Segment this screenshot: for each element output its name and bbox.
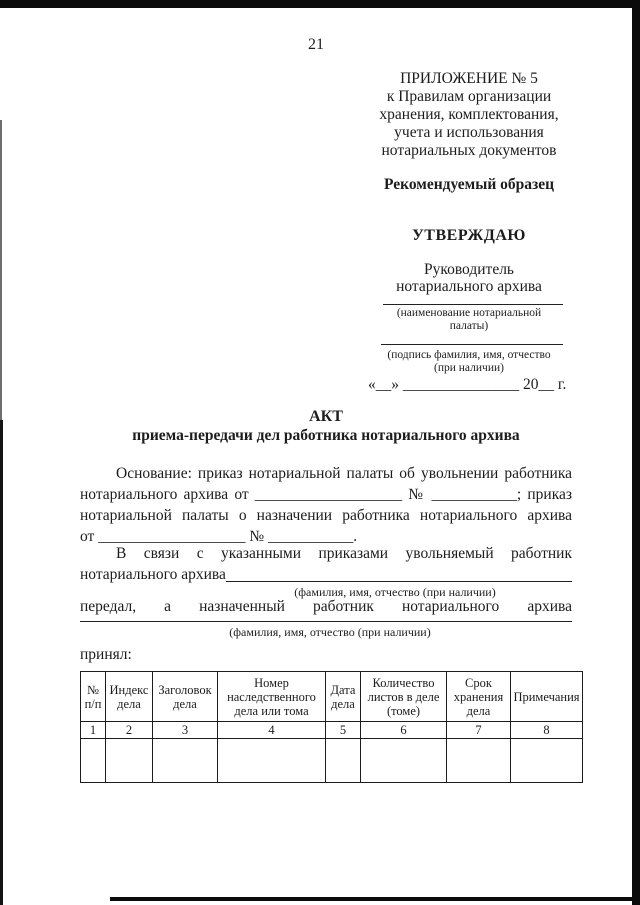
approver-title-line-2: нотариального архива (356, 278, 582, 295)
appendix-line-1: ПРИЛОЖЕНИЕ № 5 (356, 70, 582, 88)
received-label: принял: (80, 645, 572, 665)
page-number: 21 (0, 36, 632, 54)
cases-table: № п/п Индекс дела Заголовок дела Номер н… (80, 671, 583, 783)
paragraph1-line-2: нотариального архива от ________________… (80, 485, 572, 505)
act-title: АКТ (80, 408, 572, 426)
appendix-block: ПРИЛОЖЕНИЕ № 5 к Правилам организации хр… (356, 70, 582, 160)
number-cell: 4 (218, 722, 326, 739)
number-cell: 7 (447, 722, 511, 739)
appendix-line-5: нотариальных документов (356, 142, 582, 160)
empty-cell (326, 739, 361, 783)
approver-title: Руководитель нотариального архива (356, 261, 582, 295)
recommended-sample-label: Рекомендуемый образец (356, 176, 582, 194)
empty-cell (361, 739, 447, 783)
sign-caption: (подпись фамилия, имя, отчество (при нал… (360, 349, 578, 375)
header-cell-sheets: Количество листов в деле (томе) (361, 672, 447, 722)
table-number-row: 1 2 3 4 5 6 7 8 (81, 722, 583, 739)
org-caption: (наименование нотариальной палаты) (368, 307, 570, 333)
header-cell-number: Номер наследственного дела или тома (218, 672, 326, 722)
table-header-row: № п/п Индекс дела Заголовок дела Номер н… (81, 672, 583, 722)
empty-cell (218, 739, 326, 783)
paragraph2-line-2: нотариального архива (80, 565, 572, 585)
header-cell-notes: Примечания (511, 672, 583, 722)
header-cell-date: Дата дела (326, 672, 361, 722)
org-caption-line-1: (наименование нотариальной (368, 307, 570, 320)
scan-edge-top (0, 0, 640, 8)
paragraph1-line-3: нотариальной палаты о назначении работни… (80, 506, 572, 526)
scan-edge-left-thin (0, 120, 2, 420)
header-cell-title: Заголовок дела (153, 672, 218, 722)
transfer-line-label: нотариального архива (80, 565, 226, 585)
paragraph3-line: передал, а назначенный работник нотариал… (80, 597, 572, 617)
number-cell: 6 (361, 722, 447, 739)
number-cell: 3 (153, 722, 218, 739)
sign-caption-line-2: (при наличии) (360, 362, 578, 375)
fio-caption-2: (фамилия, имя, отчество (при наличии) (200, 626, 460, 639)
scan-edge-right (632, 0, 640, 905)
empty-cell (81, 739, 106, 783)
number-cell: 5 (326, 722, 361, 739)
number-cell: 1 (81, 722, 106, 739)
approve-label: УТВЕРЖДАЮ (356, 227, 582, 245)
header-cell-index: Индекс дела (106, 672, 153, 722)
appendix-line-4: учета и использования (356, 124, 582, 142)
appendix-line-3: хранения, комплектования, (356, 106, 582, 124)
number-cell: 2 (106, 722, 153, 739)
empty-cell (106, 739, 153, 783)
paragraph2-line-1: В связи с указанными приказами увольняем… (80, 544, 572, 564)
act-subtitle: приема-передачи дел работника нотариальн… (80, 427, 572, 445)
scanned-document-page: 21 ПРИЛОЖЕНИЕ № 5 к Правилам организации… (0, 0, 640, 905)
empty-cell (511, 739, 583, 783)
table-empty-row (81, 739, 583, 783)
appendix-line-2: к Правилам организации (356, 88, 582, 106)
approver-title-line-1: Руководитель (356, 261, 582, 278)
date-blank-line: «__» _______________ 20__ г. (368, 376, 566, 394)
header-cell-storage: Срок хранения дела (447, 672, 511, 722)
transfer-blank-line (226, 565, 572, 582)
scan-edge-bottom (110, 897, 640, 901)
empty-cell (153, 739, 218, 783)
scan-edge-left-thick (0, 420, 3, 905)
paragraph1-line-1: Основание: приказ нотариальной палаты об… (80, 464, 572, 484)
org-signature-line (383, 304, 563, 305)
org-caption-line-2: палаты) (368, 320, 570, 333)
sign-caption-line-1: (подпись фамилия, имя, отчество (360, 349, 578, 362)
receiver-blank-line (80, 621, 572, 622)
empty-cell (447, 739, 511, 783)
header-cell-npp: № п/п (81, 672, 106, 722)
sign-signature-line (381, 344, 563, 345)
number-cell: 8 (511, 722, 583, 739)
